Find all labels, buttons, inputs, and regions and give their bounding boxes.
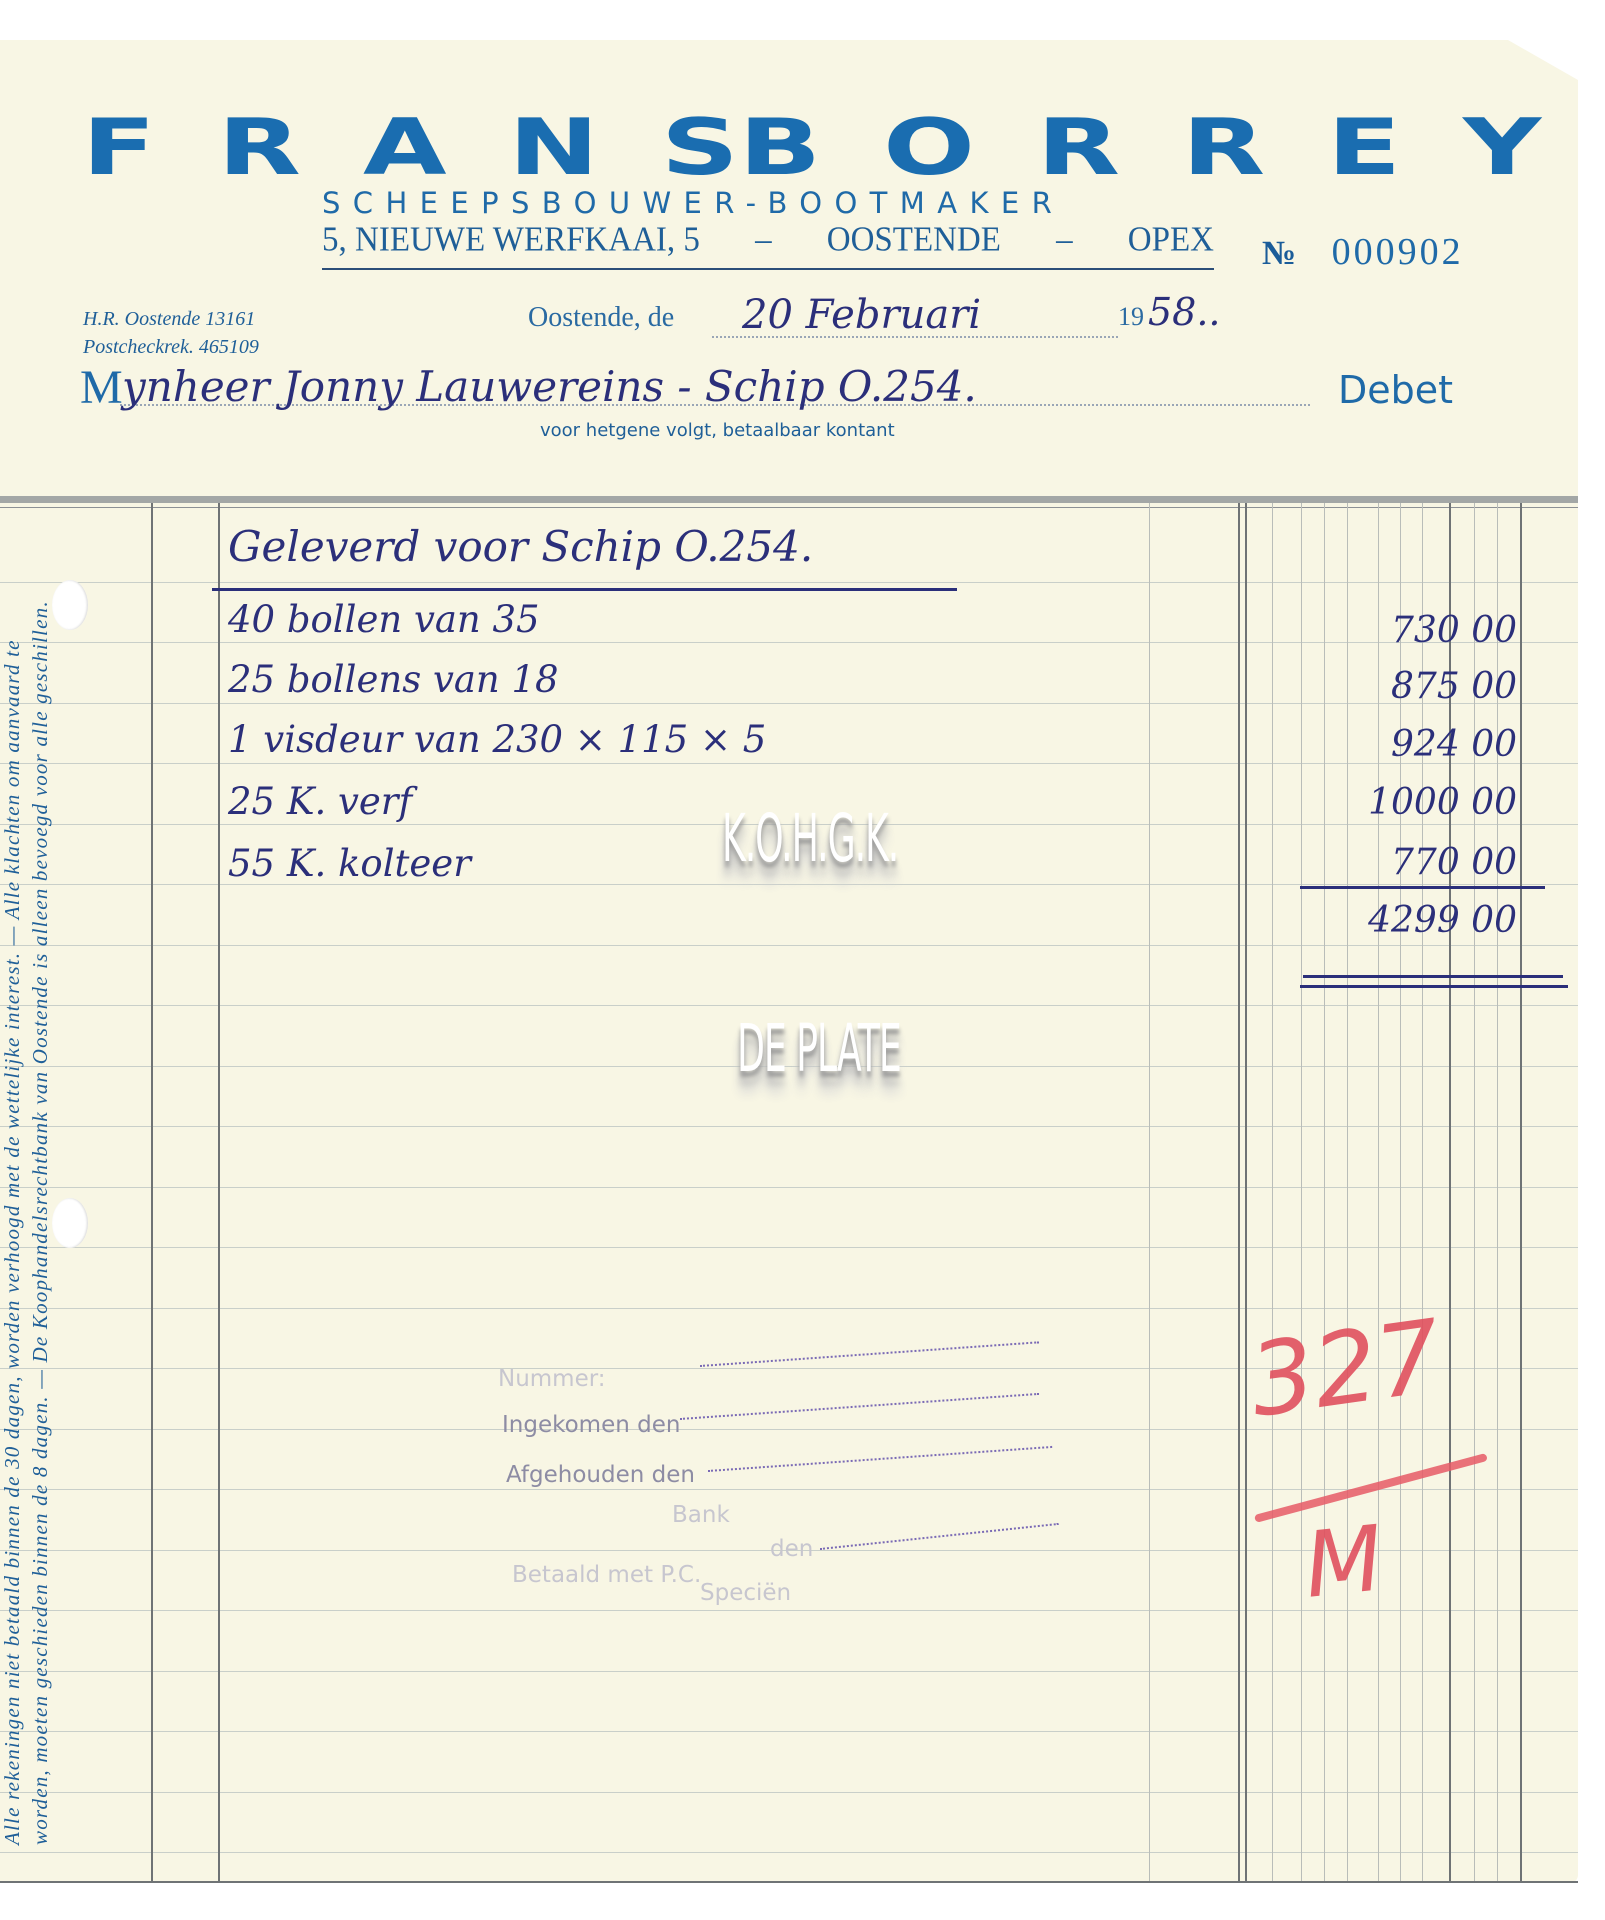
invoice-number-value: 000902 <box>1332 231 1464 273</box>
bottom-rule <box>0 1881 1578 1883</box>
invoice-number: № 000902 <box>1262 230 1464 274</box>
postcheck-account: Postcheckrek. 465109 <box>83 336 259 359</box>
stamp-nummer: Nummer: <box>498 1366 606 1392</box>
total-double-line-top <box>1303 975 1563 978</box>
address-underline <box>322 268 1214 270</box>
handwritten-year: 58.. <box>1148 290 1221 334</box>
line-item-description: 25 K. verf <box>228 780 412 823</box>
line-item-amount: 875 00 <box>1391 666 1517 707</box>
heading-underline <box>212 588 957 591</box>
address-dash: – <box>1056 221 1073 260</box>
handwritten-date: 20 Februari <box>742 292 981 338</box>
debet-label: Debet <box>1338 368 1453 412</box>
invoice-total: 4299 00 <box>1368 900 1517 941</box>
address-code: OPEX <box>1128 221 1214 260</box>
brand-letter: S <box>661 102 739 192</box>
addressee-prefix: M <box>80 360 123 415</box>
red-annotation-letter: M <box>1300 1506 1388 1619</box>
header-band <box>0 496 1578 503</box>
date-label: Oostende, de <box>528 302 674 334</box>
line-item-description: 1 visdeur van 230 × 115 × 5 <box>228 718 766 761</box>
year-prefix: 19 <box>1118 302 1144 332</box>
brand-letter: R <box>1182 102 1265 192</box>
brand-letter: Y <box>1463 102 1541 192</box>
watermark-de-plate: DE PLATE <box>737 1010 901 1087</box>
brand-letter: B <box>739 102 821 192</box>
payment-note: voor hetgene volgt, betaalbaar kontant <box>540 420 895 441</box>
brand-letter: R <box>218 102 301 192</box>
stamp-den: den <box>770 1536 813 1562</box>
address-dash: – <box>755 221 772 260</box>
subtotal-line <box>1300 886 1545 889</box>
brand-letter: N <box>509 102 599 192</box>
stamp-bank: Bank <box>672 1502 730 1528</box>
stamp-betaald: Betaald met P.C. <box>512 1562 701 1588</box>
stamp-ingekomen: Ingekomen den <box>502 1412 680 1438</box>
line-item-amount: 1000 00 <box>1368 782 1517 823</box>
company-address: 5, NIEUWE WERFKAAI, 5 – OOSTENDE – OPEX <box>322 221 1214 260</box>
line-item-description: 25 bollens van 18 <box>228 658 559 701</box>
line-item-description: 40 bollen van 35 <box>228 598 540 641</box>
torn-corner <box>1508 40 1578 80</box>
line-item-amount: 730 00 <box>1391 610 1517 651</box>
terms-line-1: Alle rekeningen niet betaald binnen de 3… <box>0 639 25 1845</box>
brand-letter: F <box>82 102 156 192</box>
stamp-afgehouden: Afgehouden den <box>506 1462 695 1488</box>
company-subtitle: SCHEEPSBOUWER-BOOTMAKER <box>322 186 1214 220</box>
brand-letter: R <box>1037 102 1120 192</box>
punch-hole <box>52 580 88 630</box>
brand-letter: A <box>363 102 447 192</box>
line-item-description: 55 K. kolteer <box>228 842 471 885</box>
total-double-line-bottom <box>1300 985 1568 988</box>
invoice-heading: Geleverd voor Schip O.254. <box>228 522 813 571</box>
addressee-handwritten: ynheer Jonny Lauwereins - Schip O.254. <box>122 362 977 411</box>
registration-number: H.R. Oostende 13161 <box>83 308 255 331</box>
stamp-specien: Speciën <box>700 1580 791 1606</box>
punch-hole <box>52 1198 88 1248</box>
line-item-amount: 770 00 <box>1391 842 1517 883</box>
brand-letter: E <box>1327 102 1401 192</box>
address-street: 5, NIEUWE WERFKAAI, 5 <box>322 221 700 260</box>
line-item-amount: 924 00 <box>1391 724 1517 765</box>
address-city: OOSTENDE <box>827 221 1001 260</box>
brand-letter: O <box>883 102 975 192</box>
header-rule <box>0 507 1578 508</box>
terms-line-2: worden, moeten geschieden binnen de 8 da… <box>28 600 53 1845</box>
watermark-kohgk: K.O.H.G.K. <box>722 800 898 877</box>
number-sign-icon: № <box>1262 235 1299 272</box>
